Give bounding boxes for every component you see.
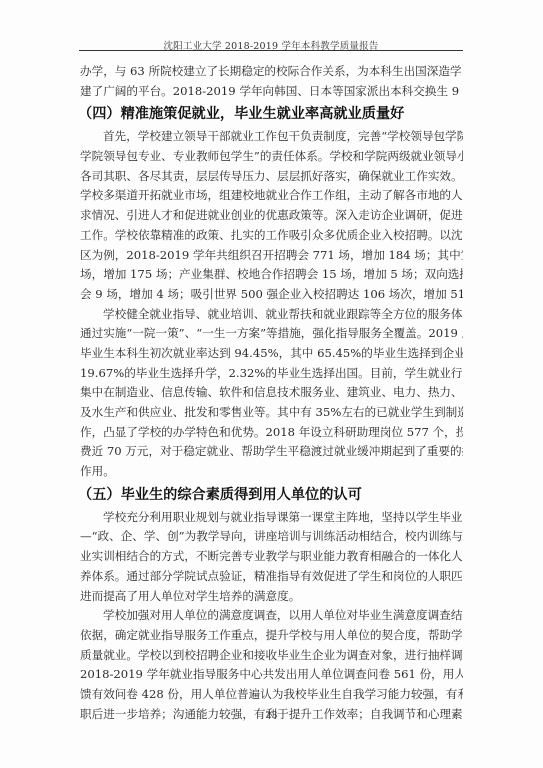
text-line: 首先，学校建立领导干部就业工作包干负责制度，完善“学校领导包学院、 xyxy=(80,127,463,147)
text-line: 建了广阔的平台。2018-2019 学年向韩国、日本等国家派出本科交换生 9 人… xyxy=(80,82,463,102)
text-line: 2018-2019 学年就业指导服务中心共发出用人单位调查问卷 561 份，用人… xyxy=(80,665,463,685)
text-line: 求情况、引进人才和促进就业创业的优惠政策等。深入走访企业调研，促进就业 xyxy=(80,206,463,226)
text-line: 业实训相结合的方式，不断完善专业教学与职业能力教育相融合的一体化人才培 xyxy=(80,547,463,567)
text-line: 学院领导包专业、专业教师包学生”的责任体系。学校和学院两级就业领导小组 xyxy=(80,147,463,167)
text-line: 及水生产和供应业、批发和零售业等。其中有 35%左右的已就业学生到制造业工 xyxy=(80,403,463,423)
text-line: 学校充分利用职业规划与就业指导课第一课堂主阵地，坚持以学生毕业去向 xyxy=(80,508,463,528)
text-line: 19.67%的毕业生选择升学，2.32%的毕业生选择出国。目前，学生就业行业主要 xyxy=(80,364,463,384)
text-line: 场，增加 175 场；产业集群、校地合作招聘会 15 场，增加 5 场；双向选择… xyxy=(80,265,463,285)
text-line: 馈有效问卷 428 份，用人单位普遍认为我校毕业生自我学习能力较强，有利于入 xyxy=(80,685,463,705)
intro-paragraph: 办学，与 63 所院校建立了长期稳定的校际合作关系，为本科生出国深造学习搭 建了… xyxy=(80,62,463,101)
text-line: 各司其职、各尽其责，层层传导压力、层层抓好落实，确保就业工作实效。其次， xyxy=(80,167,463,187)
text-line: 作用。 xyxy=(80,462,463,482)
text-line: 通过实施“一院一策”、“一生一方案”等措施，强化指导服务全覆盖。2019 届 xyxy=(80,324,463,344)
text-line: 养体系。通过部分学院试点验证，精准指导有效促进了学生和岗位的人职匹配， xyxy=(80,567,463,587)
section5-paragraph-1: 学校充分利用职业规划与就业指导课第一课堂主阵地，坚持以学生毕业去向 —“政、企、… xyxy=(80,508,463,606)
section4-paragraph-1: 首先，学校建立领导干部就业工作包干负责制度，完善“学校领导包学院、 学院领导包专… xyxy=(80,127,463,304)
text-line: 作，凸显了学校的办学特色和优势。2018 年设立科研助理岗位 577 个，投入经 xyxy=(80,423,463,443)
text-line: 费近 70 万元，对于稳定就业、帮助学生平稳渡过就业缓冲期起到了重要的推动 xyxy=(80,442,463,462)
text-line: 毕业生本科生初次就业率达到 94.45%，其中 65.45%的毕业生选择到企业工… xyxy=(80,344,463,364)
text-line: 学校健全就业指导、就业培训、就业帮扶和就业跟踪等全方位的服务体系。 xyxy=(80,305,463,325)
text-line: —“政、企、学、创”为教学导向，讲座培训与训练活动相结合，校内训练与企 xyxy=(80,527,463,547)
text-line: 集中在制造业、信息传输、软件和信息技术服务业、建筑业、电力、热力、燃气 xyxy=(80,383,463,403)
text-line: 质量就业。学校以到校招聘企业和接收毕业生企业为调查对象，进行抽样调查。 xyxy=(80,646,463,666)
text-line: 区为例，2018-2019 学年共组织召开招聘会 771 场，增加 184 场；… xyxy=(80,246,463,266)
page-body: 办学，与 63 所院校建立了长期稳定的校际合作关系，为本科生出国深造学习搭 建了… xyxy=(80,62,463,724)
page-number: 23 xyxy=(0,710,543,721)
document-page: 沈阳工业大学 2018-2019 学年本科教学质量报告 办学，与 63 所院校建… xyxy=(0,0,543,768)
text-line: 学校加强对用人单位的满意度调查，以用人单位对毕业生满意度调查结果为 xyxy=(80,606,463,626)
section-heading-5: （五）毕业生的综合素质得到用人单位的认可 xyxy=(78,483,463,508)
text-line: 会 9 场，增加 4 场；吸引世界 500 强企业入校招聘达 106 场次，增加… xyxy=(80,285,463,305)
section4-paragraph-2: 学校健全就业指导、就业培训、就业帮扶和就业跟踪等全方位的服务体系。 通过实施“一… xyxy=(80,305,463,482)
text-line: 工作。学校依靠精准的政策、扎实的工作吸引众多优质企业入校招聘。以沈阳校 xyxy=(80,226,463,246)
text-line: 进而提高了用人单位对学生培养的满意度。 xyxy=(80,587,463,607)
section-heading-4: （四）精准施策促就业，毕业生就业率高就业质量好 xyxy=(78,102,463,127)
text-line: 依据，确定就业指导服务工作重点，提升学校与用人单位的契合度，帮助学生高 xyxy=(80,626,463,646)
header-divider xyxy=(79,50,463,51)
section5-paragraph-2: 学校加强对用人单位的满意度调查，以用人单位对毕业生满意度调查结果为 依据，确定就… xyxy=(80,606,463,724)
text-line: 办学，与 63 所院校建立了长期稳定的校际合作关系，为本科生出国深造学习搭 xyxy=(80,62,463,82)
text-line: 学校多渠道开拓就业市场，组建校地就业合作工作组，主动了解各市地的人才需 xyxy=(80,186,463,206)
